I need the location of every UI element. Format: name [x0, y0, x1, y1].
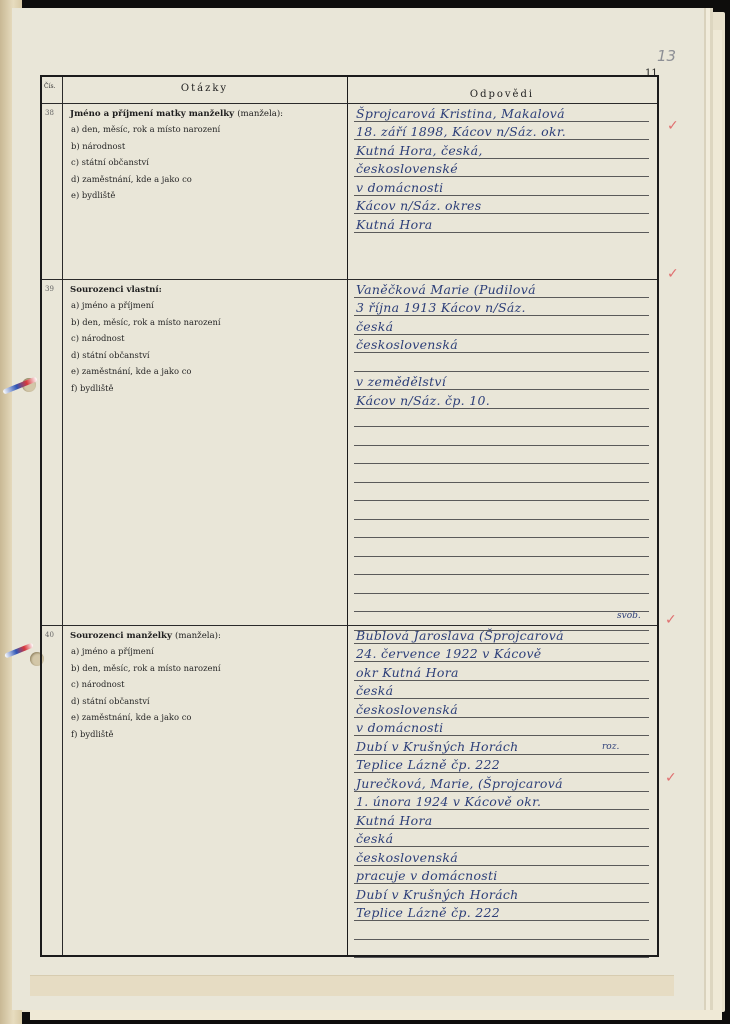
answer-line: Kutná Hora [354, 810, 649, 829]
question-item: f) bydliště [70, 383, 340, 393]
question-item: a) den, měsíc, rok a místo narození [70, 124, 340, 134]
question-item: b) den, měsíc, rok a místo narození [70, 317, 340, 327]
section-38: 38 Jméno a příjmení matky manželky (manž… [42, 103, 657, 280]
question-item: a) jméno a příjmení [70, 646, 340, 656]
question-item: d) zaměstnání, kde a jako co [70, 174, 340, 184]
answer-line [354, 594, 649, 613]
question-block: Jméno a příjmení matky manželky (manžela… [70, 109, 340, 207]
handwritten-answer: Kutná Hora [356, 217, 432, 232]
section-39: 39 Sourozenci vlastní: a) jméno a příjme… [42, 279, 657, 626]
answer-line: 24. července 1922 v Kácově [354, 644, 649, 663]
handwritten-answer: československá [356, 337, 458, 352]
handwritten-answer: Dubí v Krušných Horách [356, 887, 519, 902]
answer-line [354, 353, 649, 372]
answer-line: Šprojcarová Kristina, Makalová [354, 103, 649, 122]
question-item: e) zaměstnání, kde a jako co [70, 366, 340, 376]
question-item: c) státní občanství [70, 157, 340, 167]
answer-line: československá [354, 699, 649, 718]
answer-line: Dubí v Krušných Horách [354, 884, 649, 903]
answer-line [354, 940, 649, 959]
handwritten-answer: 3 října 1913 Kácov n/Sáz. [356, 300, 526, 315]
handwritten-answer: Teplice Lázně čp. 222 [356, 905, 500, 920]
handwritten-answer: 24. července 1922 v Kácově [356, 646, 542, 661]
answer-line [354, 464, 649, 483]
handwritten-answer: 1. února 1924 v Kácově okr. [356, 794, 541, 809]
check-mark-icon: ✓ [667, 266, 679, 282]
answer-lines: Bublová Jaroslava (Šprojcarová24. červen… [354, 625, 649, 958]
question-block: Sourozenci manželky (manžela): a) jméno … [70, 631, 340, 745]
question-items: a) jméno a příjmeníb) den, měsíc, rok a … [70, 646, 340, 739]
answer-line: Teplice Lázně čp. 222 [354, 903, 649, 922]
answer-line: 1. února 1924 v Kácově okr. [354, 792, 649, 811]
answer-line [354, 520, 649, 539]
handwritten-answer: Kácov n/Sáz. čp. 10. [356, 393, 490, 408]
answer-line [354, 557, 649, 576]
handwritten-answer: česká [356, 831, 393, 846]
handwritten-answer: česká [356, 683, 393, 698]
check-mark-icon: ✓ [665, 770, 677, 786]
answer-line [354, 575, 649, 594]
question-item: d) státní občanství [70, 696, 340, 706]
page-edge [30, 975, 674, 996]
questionnaire-table: Čís. Otázky Odpovědi 38 Jméno a příjmení… [40, 75, 659, 957]
handwritten-answer: v domácnosti [356, 720, 443, 735]
answer-lines: Šprojcarová Kristina, Makalová18. září 1… [354, 103, 649, 233]
answer-line: v zemědělství [354, 372, 649, 391]
answer-line: v domácnosti [354, 718, 649, 737]
handwritten-answer: česká [356, 319, 393, 334]
header-number: Čís. [44, 83, 56, 90]
answer-line [354, 409, 649, 428]
header-answers: Odpovědi [347, 89, 657, 100]
question-item: c) národnost [70, 333, 340, 343]
answer-line: česká [354, 829, 649, 848]
handwritten-answer: pracuje v domácnosti [356, 868, 498, 883]
handwritten-answer: československá [356, 850, 458, 865]
question-item: e) zaměstnání, kde a jako co [70, 712, 340, 722]
handwritten-answer: okr Kutná Hora [356, 665, 459, 680]
handwritten-answer: Bublová Jaroslava (Šprojcarová [356, 628, 564, 643]
section-40: 40 Sourozenci manželky (manžela): a) jmé… [42, 625, 657, 951]
question-title: Sourozenci vlastní: [70, 285, 340, 295]
answer-line: československé [354, 159, 649, 178]
answer-line: československá [354, 847, 649, 866]
annotation-roz: roz. [602, 742, 619, 752]
answer-line: československá [354, 335, 649, 354]
answer-line: Kácov n/Sáz. čp. 10. [354, 390, 649, 409]
check-mark-icon: ✓ [667, 118, 679, 134]
handwritten-answer: Kácov n/Sáz. okres [356, 198, 481, 213]
answer-line: Teplice Lázně čp. 222 [354, 755, 649, 774]
section-number: 40 [45, 631, 54, 639]
answer-line [354, 427, 649, 446]
handwritten-answer: Kutná Hora [356, 813, 432, 828]
answer-line [354, 446, 649, 465]
handwritten-answer: československé [356, 161, 458, 176]
question-block: Sourozenci vlastní: a) jméno a příjmeníb… [70, 285, 340, 399]
answer-line: Vaněčková Marie (Pudilová [354, 279, 649, 298]
answer-line [354, 483, 649, 502]
question-item: b) národnost [70, 141, 340, 151]
question-title: Sourozenci manželky (manžela): [70, 631, 340, 641]
answer-line: česká [354, 681, 649, 700]
answer-line [354, 501, 649, 520]
handwritten-answer: v domácnosti [356, 180, 443, 195]
handwritten-answer: Šprojcarová Kristina, Makalová [356, 106, 565, 121]
table-header: Čís. Otázky Odpovědi [42, 77, 657, 104]
question-title: Jméno a příjmení matky manželky (manžela… [70, 109, 340, 119]
handwritten-answer: Dubí v Krušných Horách [356, 739, 519, 754]
question-item: e) bydliště [70, 190, 340, 200]
folio-number: 13 [657, 47, 676, 65]
handwritten-answer: Vaněčková Marie (Pudilová [356, 282, 536, 297]
answer-line: v domácnosti [354, 177, 649, 196]
answer-line [354, 921, 649, 940]
check-mark-icon: ✓ [665, 612, 677, 628]
answer-line: Kutná Hora, česká, [354, 140, 649, 159]
answer-line [354, 538, 649, 557]
question-item: d) státní občanství [70, 350, 340, 360]
section-number: 39 [45, 285, 54, 293]
annotation-svob: svob. [617, 611, 641, 621]
answer-line: Kácov n/Sáz. okres [354, 196, 649, 215]
question-item: b) den, měsíc, rok a místo narození [70, 663, 340, 673]
question-item: a) jméno a příjmení [70, 300, 340, 310]
handwritten-answer: Teplice Lázně čp. 222 [356, 757, 500, 772]
question-items: a) jméno a příjmeníb) den, měsíc, rok a … [70, 300, 340, 393]
answer-line: Jurečková, Marie, (Šprojcarová [354, 773, 649, 792]
handwritten-answer: Jurečková, Marie, (Šprojcarová [356, 776, 563, 791]
answer-line: Bublová Jaroslava (Šprojcarová [354, 625, 649, 644]
answer-line: 3 října 1913 Kácov n/Sáz. [354, 298, 649, 317]
answer-line: pracuje v domácnosti [354, 866, 649, 885]
answer-line: 18. září 1898, Kácov n/Sáz. okr. [354, 122, 649, 141]
question-items: a) den, měsíc, rok a místo narozeníb) ná… [70, 124, 340, 200]
handwritten-answer: Kutná Hora, česká, [356, 143, 483, 158]
handwritten-answer: československá [356, 702, 458, 717]
handwritten-answer: 18. září 1898, Kácov n/Sáz. okr. [356, 124, 566, 139]
answer-line: okr Kutná Hora [354, 662, 649, 681]
answer-line: Kutná Hora [354, 214, 649, 233]
section-number: 38 [45, 109, 54, 117]
handwritten-answer: v zemědělství [356, 374, 446, 389]
answer-line: česká [354, 316, 649, 335]
question-item: c) národnost [70, 679, 340, 689]
question-item: f) bydliště [70, 729, 340, 739]
answer-lines: Vaněčková Marie (Pudilová3 října 1913 Ká… [354, 279, 649, 631]
header-questions: Otázky [62, 83, 347, 94]
